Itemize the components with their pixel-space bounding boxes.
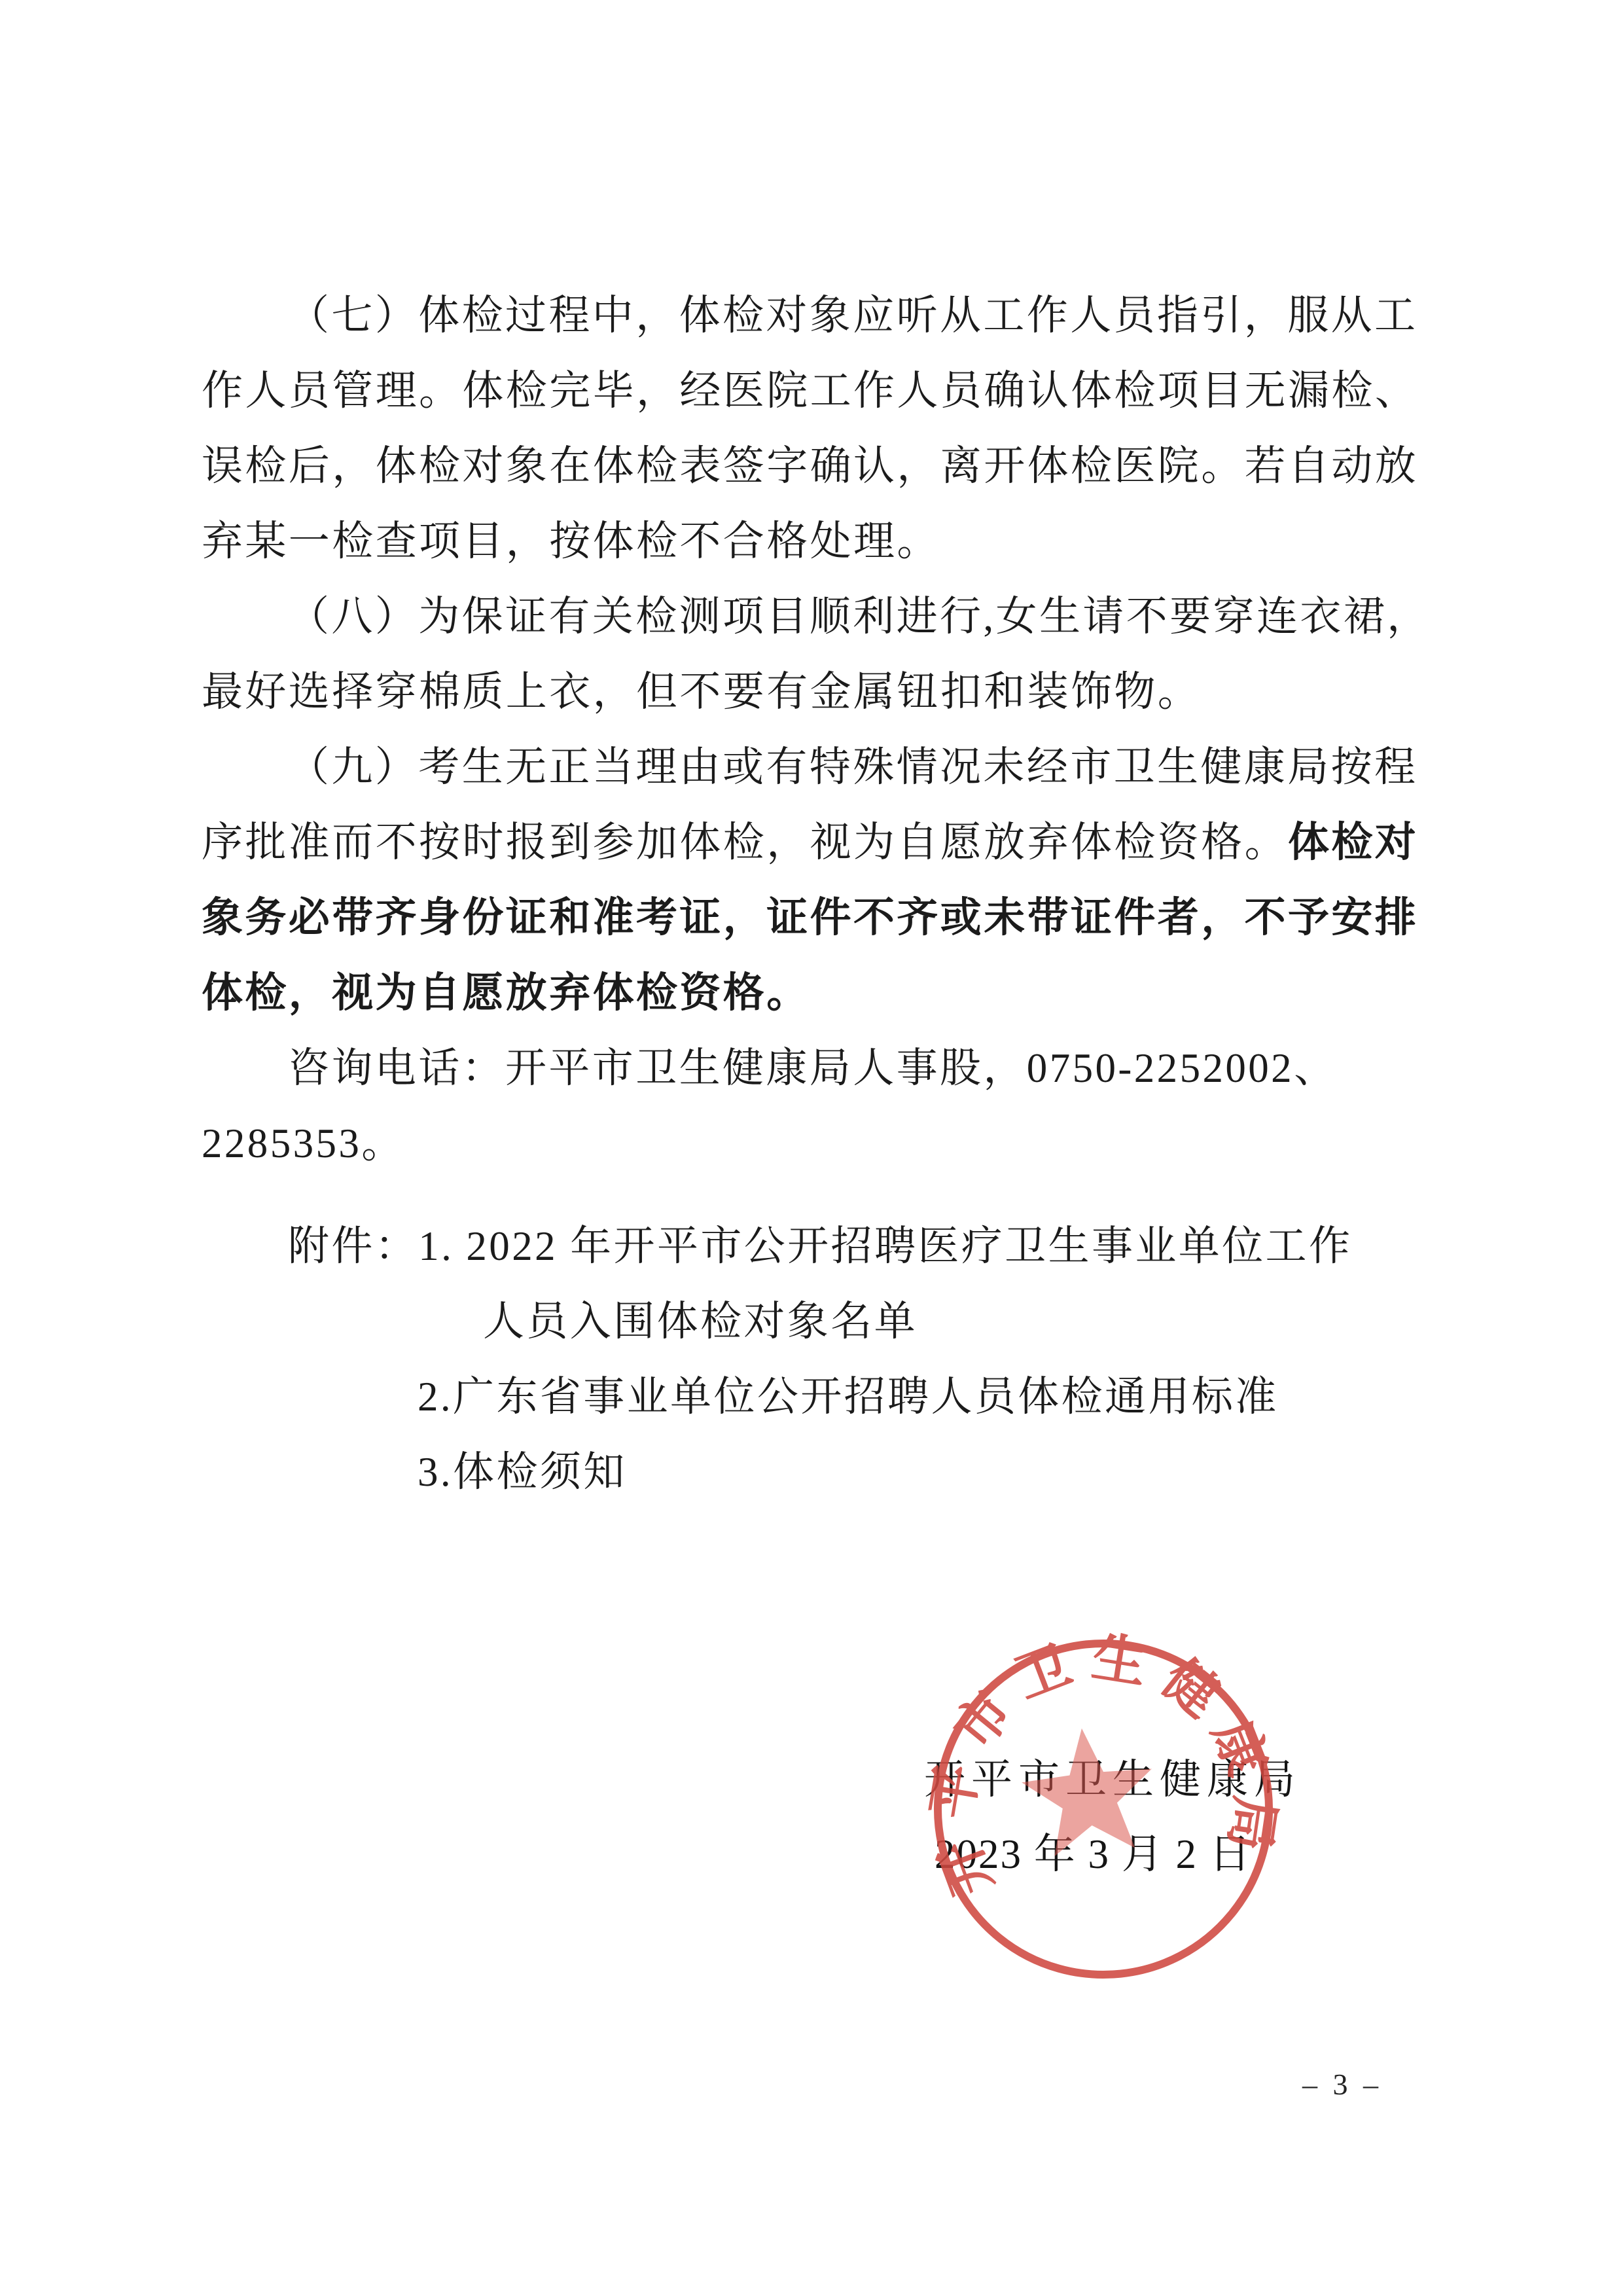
attachments-line: 附件：1. 2022 年开平市公开招聘医疗卫生事业单位工作 bbox=[202, 1209, 1423, 1284]
paragraph-9-line: 象务必带齐身份证和准考证，证件不齐或未带证件者，不予安排 bbox=[202, 880, 1423, 956]
paragraph-7-line: 误检后，体检对象在体检表签字确认，离开体检医院。若自动放 bbox=[202, 429, 1423, 504]
body-text: （七）体检过程中，体检对象应听从工作人员指引，服从工 作人员管理。体检完毕，经医… bbox=[202, 278, 1423, 1510]
paragraph-8-line: （八）为保证有关检测项目顺利进行,女生请不要穿连衣裙， bbox=[202, 579, 1423, 655]
paragraph-9-line: （九）考生无正当理由或有特殊情况未经市卫生健康局按程 bbox=[202, 730, 1423, 805]
contact-phone-line: 2285353。 bbox=[202, 1106, 1423, 1181]
paragraph-9-line: 体检，视为自愿放弃体检资格。 bbox=[202, 956, 1423, 1031]
paragraph-8-line: 最好选择穿棉质上衣，但不要有金属钮扣和装饰物。 bbox=[202, 655, 1423, 730]
paragraph-7-line: （七）体检过程中，体检对象应听从工作人员指引，服从工 bbox=[202, 278, 1423, 353]
page-number: – 3 – bbox=[1302, 2067, 1382, 2102]
signature-issuer: 开平市卫生健康局 bbox=[924, 1742, 1301, 1818]
paragraph-7-line: 弃某一检查项目，按体检不合格处理。 bbox=[202, 504, 1423, 579]
paragraph-7-line: 作人员管理。体检完毕，经医院工作人员确认体检项目无漏检、 bbox=[202, 353, 1423, 429]
contact-phone-line: 咨询电话：开平市卫生健康局人事股，0750-2252002、 bbox=[202, 1031, 1423, 1106]
attachments-line: 2.广东省事业单位公开招聘人员体检通用标准 bbox=[202, 1359, 1423, 1435]
paragraph-9-line: 序批准而不按时报到参加体检，视为自愿放弃体检资格。体检对 bbox=[202, 805, 1423, 880]
attachments-line: 3.体检须知 bbox=[202, 1435, 1423, 1510]
paragraph-9-bold-text: 体检对 bbox=[1288, 819, 1418, 865]
document-page: （七）体检过程中，体检对象应听从工作人员指引，服从工 作人员管理。体检完毕，经医… bbox=[0, 0, 1623, 2296]
signature-date: 2023 年 3 月 2 日 bbox=[935, 1817, 1252, 1892]
attachments-line: 人员入围体检对象名单 bbox=[202, 1284, 1423, 1359]
paragraph-9-normal-text: 序批准而不按时报到参加体检，视为自愿放弃体检资格。 bbox=[202, 819, 1288, 865]
